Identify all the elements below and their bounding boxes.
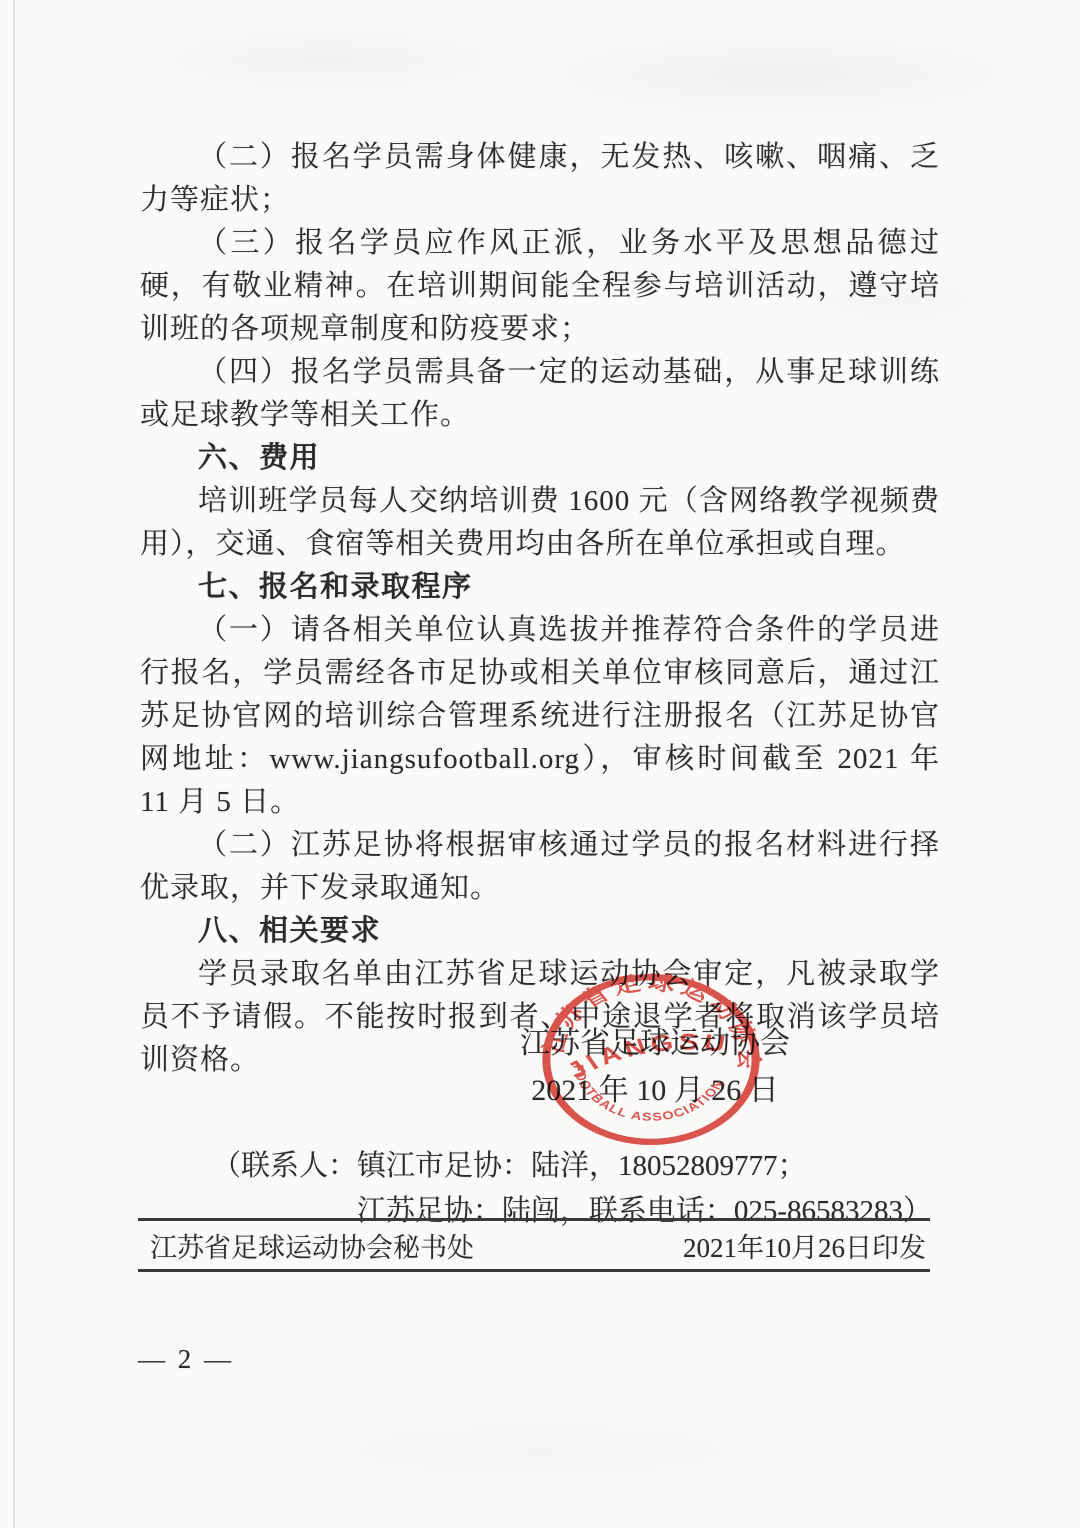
section-heading-registration: 七、报名和录取程序	[140, 566, 940, 609]
paragraph-admission-notice: （二）江苏足协将根据审核通过学员的报名材料进行择优录取，并下发录取通知。	[140, 824, 940, 910]
scan-edge-line	[13, 0, 15, 1528]
document-body: （二）报名学员需身体健康，无发热、咳嗽、咽痛、乏力等症状； （三）报名学员应作风…	[140, 136, 940, 1082]
paragraph-conduct-requirement: （三）报名学员应作风正派，业务水平及思想品德过硬，有敬业精神。在培训期间能全程参…	[140, 222, 940, 351]
footer-print-date: 2021年10月26日印发	[683, 1226, 926, 1265]
section-heading-requirements: 八、相关要求	[140, 910, 940, 953]
paragraph-health-requirement: （二）报名学员需身体健康，无发热、咳嗽、咽痛、乏力等症状；	[140, 136, 940, 222]
contact-line-zhenjiang: （联系人：镇江市足协：陆洋，18052809777；	[140, 1144, 940, 1189]
document-footer: 江苏省足球运动协会秘书处 2021年10月26日印发	[138, 1218, 930, 1272]
page-number: — 2 —	[138, 1344, 234, 1375]
footer-issuer: 江苏省足球运动协会秘书处	[150, 1226, 474, 1265]
section-heading-fees: 六、费用	[140, 437, 940, 480]
scanned-document-page: （二）报名学员需身体健康，无发热、咳嗽、咽痛、乏力等症状； （三）报名学员应作风…	[0, 0, 1080, 1528]
official-seal: 江苏省足球运动协会 JIANGSU FOOTBALL ASSOCIATION	[536, 969, 766, 1150]
paragraph-fees: 培训班学员每人交纳培训费 1600 元（含网络教学视频费用），交通、食宿等相关费…	[140, 480, 940, 566]
paragraph-sports-requirement: （四）报名学员需具备一定的运动基础，从事足球训练或足球教学等相关工作。	[140, 351, 940, 437]
paragraph-registration-process: （一）请各相关单位认真选拔并推荐符合条件的学员进行报名，学员需经各市足协或相关单…	[140, 609, 940, 824]
